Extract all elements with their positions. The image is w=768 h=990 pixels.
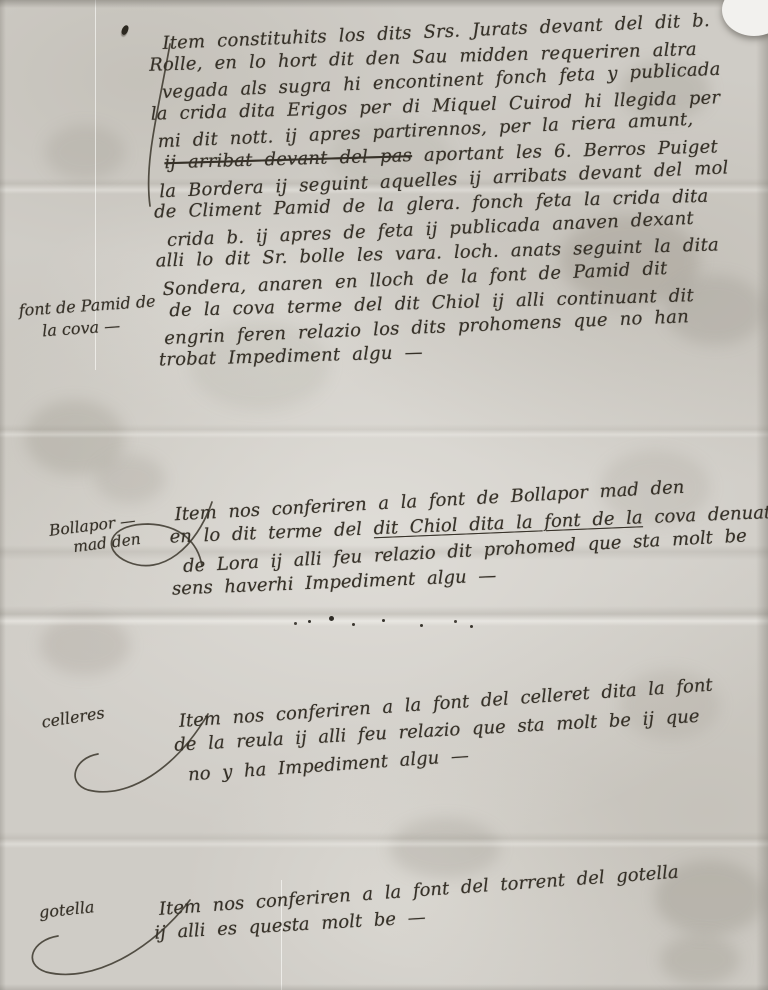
page-edge-shadow [0,0,6,990]
paper-stain [660,935,740,985]
ink-specks [308,620,311,623]
paper-stain [95,455,165,503]
margin-note-font-de-pamid: font de Pamid de la cova — [18,290,158,343]
manuscript-entry-4: Item nos conferiren a la font del torren… [152,861,681,948]
ink-blot [121,24,130,35]
fold-crease [0,832,768,848]
manuscript-text: en lo dit terme del [169,518,374,547]
page-edge-shadow [0,984,768,990]
struck-text: ij arribat devant del pas [164,145,412,173]
margin-note-bollapor: Bollapor — mad den [48,511,142,560]
fold-crease [0,606,768,626]
manuscript-page: font de Pamid de la cova — Bollapor — ma… [0,0,768,990]
margin-note-line: gotella [38,896,96,924]
margin-note-line: celleres [40,702,106,734]
paper-stain [45,125,125,180]
manuscript-entry-1: Item constituhits los dits Srs. Jurats d… [148,11,735,374]
fold-crease [0,424,768,438]
margin-note-gotella: gotella [38,896,96,924]
paper-stain [40,615,130,675]
manuscript-entry-2: Item nos conferiren a la font de Bollapo… [168,473,768,604]
manuscript-entry-3: Item nos conferiren a la font del celler… [172,674,717,787]
paper-stain [25,400,125,475]
paper-stain [390,818,500,878]
page-edge-shadow [0,0,768,8]
curled-corner [722,0,768,36]
margin-note-celleres: celleres [40,702,106,734]
